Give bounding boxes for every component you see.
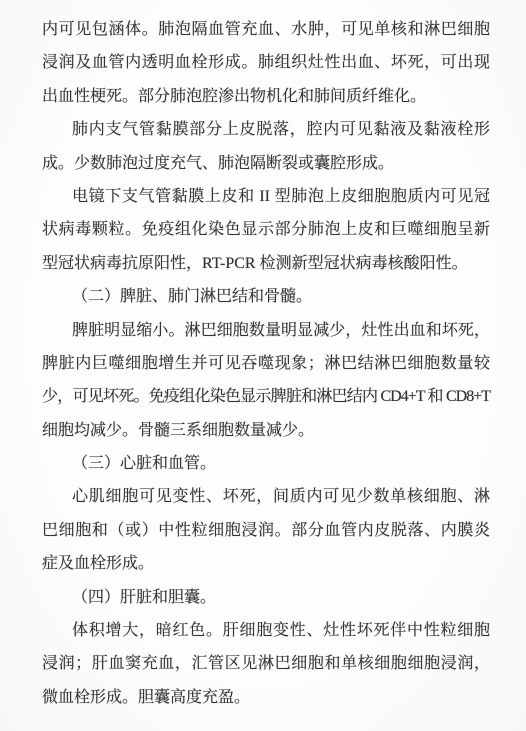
document-text-block: 内可见包涵体。肺泡隔血管充血、水肿，可见单核和淋巴细胞 浸润及血管内透明血栓形成… [42,13,490,714]
text-line: 内可见包涵体。肺泡隔血管充血、水肿，可见单核和淋巴细胞 [42,13,490,46]
text-line: 成。少数肺泡过度充气、肺泡隔断裂或囊腔形成。 [42,147,490,180]
text-line: 出血性梗死。部分肺泡腔渗出物机化和肺间质纤维化。 [42,80,490,113]
text-line: 脾脏明显缩小。淋巴细胞数量明显减少，灶性出血和坏死， [42,314,490,347]
text-line: 肺内支气管黏膜部分上皮脱落，腔内可见黏液及黏液栓形 [42,113,490,146]
text-line: 状病毒颗粒。免疫组化染色显示部分肺泡上皮和巨噬细胞呈新 [42,213,490,246]
section-heading-3: （三）心脏和血管。 [42,447,490,480]
text-line: 电镜下支气管黏膜上皮和 II 型肺泡上皮细胞胞质内可见冠 [42,180,490,213]
text-line: 浸润及血管内透明血栓形成。肺组织灶性出血、坏死，可出现 [42,46,490,79]
section-heading-4: （四）肝脏和胆囊。 [42,581,490,614]
text-line: 少，可见坏死。免疫组化染色显示脾脏和淋巴结内 CD4+T 和 CD8+T [42,380,490,413]
document-page: 内可见包涵体。肺泡隔血管充血、水肿，可见单核和淋巴细胞 浸润及血管内透明血栓形成… [0,0,526,731]
section-heading-2: （二）脾脏、肺门淋巴结和骨髓。 [42,280,490,313]
text-line: 巴细胞和（或）中性粒细胞浸润。部分血管内皮脱落、内膜炎 [42,514,490,547]
text-line: 心肌细胞可见变性、坏死，间质内可见少数单核细胞、淋 [42,480,490,513]
text-line: 细胞均减少。骨髓三系细胞数量减少。 [42,414,490,447]
text-line: 症及血栓形成。 [42,547,490,580]
text-line: 微血栓形成。胆囊高度充盈。 [42,681,490,714]
text-line: 体积增大，暗红色。肝细胞变性、灶性坏死伴中性粒细胞 [42,614,490,647]
text-line: 脾脏内巨噬细胞增生并可见吞噬现象；淋巴结淋巴细胞数量较 [42,347,490,380]
text-line: 浸润；肝血窦充血，汇管区见淋巴细胞和单核细胞细胞浸润， [42,647,490,680]
text-line: 型冠状病毒抗原阳性，RT-PCR 检测新型冠状病毒核酸阳性。 [42,247,490,280]
